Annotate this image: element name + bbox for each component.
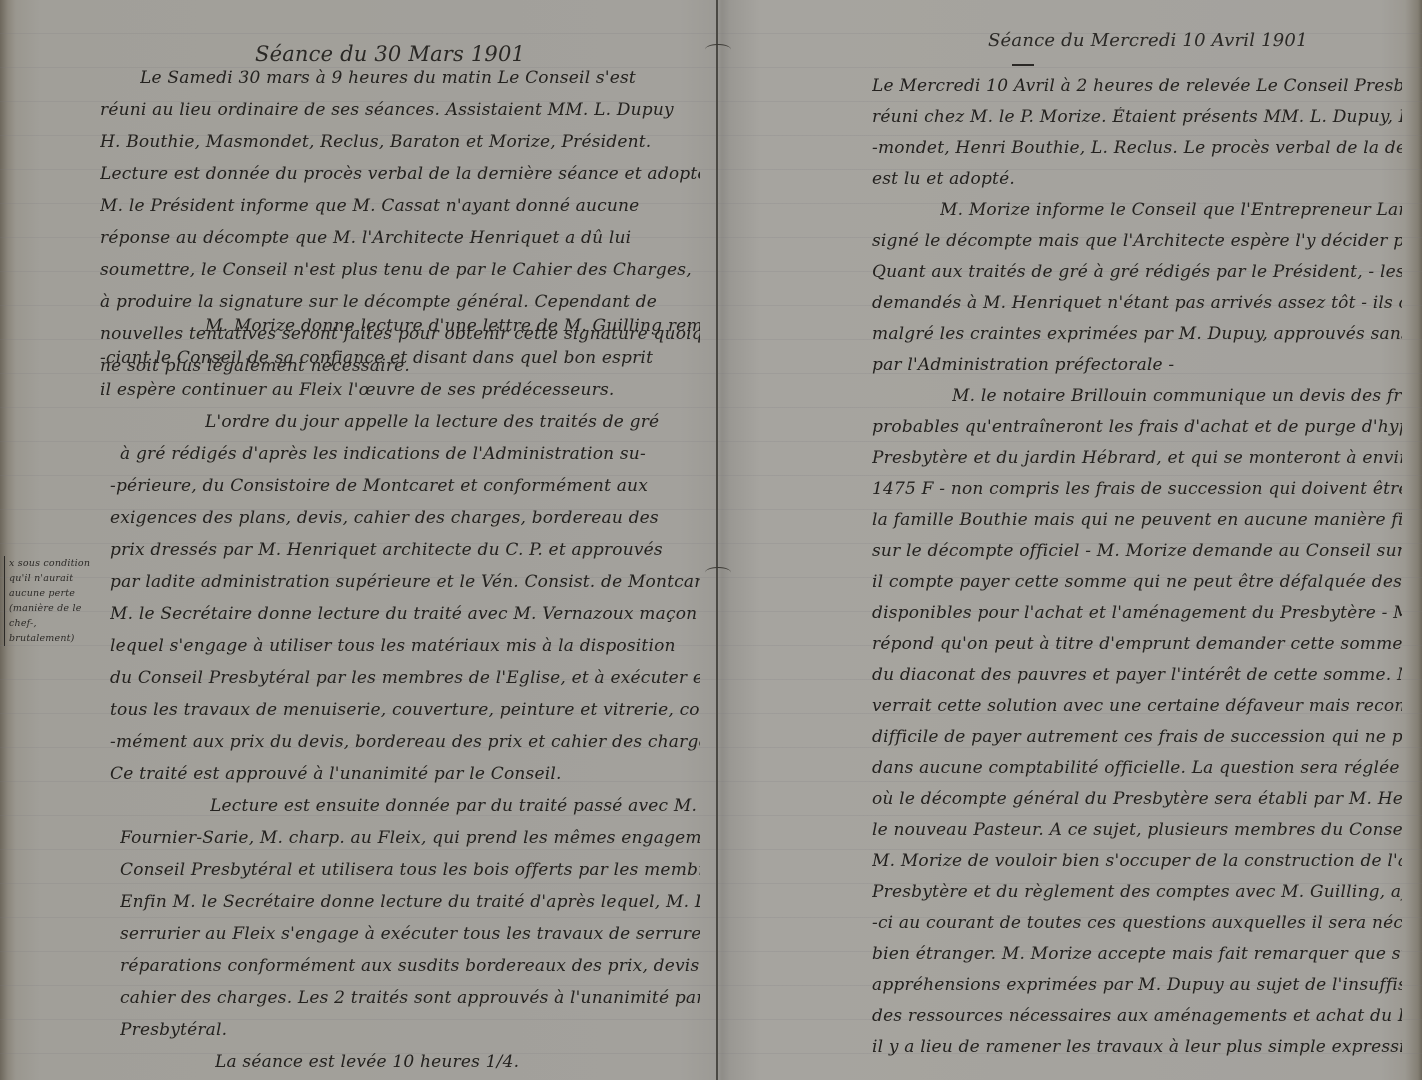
text-line: répond qu'on peut à titre d'emprunt dema… — [872, 634, 1402, 654]
text-line: signé le décompte mais que l'Architecte … — [872, 231, 1402, 251]
session-title: Séance du 30 Mars 1901 — [255, 42, 525, 66]
text-line: -mondet, Henri Bouthie, L. Reclus. Le pr… — [872, 138, 1402, 158]
text-line: difficile de payer autrement ces frais d… — [872, 727, 1402, 747]
text-line: M. le Président informe que M. Cassat n'… — [100, 196, 700, 216]
text-line: il compte payer cette somme qui ne peut … — [872, 572, 1402, 592]
text-line: lequel s'engage à utiliser tous les maté… — [110, 636, 700, 656]
text-line: M. le notaire Brillouin communique un de… — [952, 386, 1402, 406]
text-line: -mément aux prix du devis, bordereau des… — [110, 732, 700, 752]
left-page: Séance du 30 Mars 1901 Le Samedi 30 mars… — [0, 0, 716, 1080]
text-line: du diaconat des pauvres et payer l'intér… — [872, 665, 1402, 685]
text-line: il y a lieu de ramener les travaux à leu… — [872, 1037, 1402, 1057]
text-line: réponse au décompte que M. l'Architecte … — [100, 228, 700, 248]
text-line: demandés à M. Henriquet n'étant pas arri… — [872, 293, 1402, 313]
text-line: La séance est levée 10 heures 1/4. — [215, 1052, 700, 1072]
text-line: Lecture est ensuite donnée par du traité… — [210, 796, 700, 816]
session-title: Séance du Mercredi 10 Avril 1901 — [988, 30, 1308, 51]
text-line: sur le décompte officiel - M. Morize dem… — [872, 541, 1402, 561]
text-line: 1475 F - non compris les frais de succes… — [872, 479, 1402, 499]
text-line: réparations conformément aux susdits bor… — [120, 956, 700, 976]
text-line: disponibles pour l'achat et l'aménagemen… — [872, 603, 1402, 623]
text-line: à produire la signature sur le décompte … — [100, 292, 700, 312]
text-line: par ladite administration supérieure et … — [110, 572, 700, 592]
text-line: Enfin M. le Secrétaire donne lecture du … — [120, 892, 700, 912]
text-line: verrait cette solution avec une certaine… — [872, 696, 1402, 716]
text-line: Fournier-Sarie, M. charp. au Fleix, qui … — [120, 828, 700, 848]
text-line: -ciant le Conseil de sa confiance et dis… — [100, 348, 700, 368]
text-line: par l'Administration préfectorale - — [872, 355, 1402, 375]
text-line: Le Mercredi 10 Avril à 2 heures de relev… — [872, 76, 1402, 96]
text-line: appréhensions exprimées par M. Dupuy au … — [872, 975, 1402, 995]
text-line: -périeure, du Consistoire de Montcaret e… — [110, 476, 700, 496]
text-line: -ci au courant de toutes ces questions a… — [872, 913, 1402, 933]
text-line: M. le Secrétaire donne lecture du traité… — [110, 604, 700, 624]
ledger-spread: Séance du 30 Mars 1901 Le Samedi 30 mars… — [0, 0, 1422, 1080]
text-line: H. Bouthie, Masmondet, Reclus, Baraton e… — [100, 132, 700, 152]
text-line: tous les travaux de menuiserie, couvertu… — [110, 700, 700, 720]
text-line: la famille Bouthie mais qui ne peuvent e… — [872, 510, 1402, 530]
text-line: où le décompte général du Presbytère ser… — [872, 789, 1402, 809]
text-line: serrurier au Fleix s'engage à exécuter t… — [120, 924, 700, 944]
text-line: exigences des plans, devis, cahier des c… — [110, 508, 700, 528]
text-line: M. Morize donne lecture d'une lettre de … — [205, 316, 700, 336]
text-line: réuni chez M. le P. Morize. Étaient prés… — [872, 107, 1402, 127]
text-line: cahier des charges. Les 2 traités sont a… — [120, 988, 700, 1008]
text-line: Presbytère et du jardin Hébrard, et qui … — [872, 448, 1402, 468]
text-line: malgré les craintes exprimées par M. Dup… — [872, 324, 1402, 344]
right-page: Séance du Mercredi 10 Avril 1901 Le Merc… — [720, 0, 1422, 1080]
text-line: Lecture est donnée du procès verbal de l… — [100, 164, 700, 184]
text-line: Presbytéral. — [120, 1020, 700, 1040]
text-line: probables qu'entraîneront les frais d'ac… — [872, 417, 1402, 437]
text-line: à gré rédigés d'après les indications de… — [120, 444, 700, 464]
text-line: le nouveau Pasteur. A ce sujet, plusieur… — [872, 820, 1402, 840]
text-line: soumettre, le Conseil n'est plus tenu de… — [100, 260, 700, 280]
text-line: L'ordre du jour appelle la lecture des t… — [205, 412, 700, 432]
text-line: Presbytère et du règlement des comptes a… — [872, 882, 1402, 902]
text-line: il espère continuer au Fleix l'œuvre de … — [100, 380, 700, 400]
book-gutter — [716, 0, 718, 1080]
text-line: du Conseil Presbytéral par les membres d… — [110, 668, 700, 688]
text-line: Le Samedi 30 mars à 9 heures du matin Le… — [140, 68, 700, 88]
text-line: réuni au lieu ordinaire de ses séances. … — [100, 100, 700, 120]
text-line: M. Morize informe le Conseil que l'Entre… — [940, 200, 1402, 220]
margin-note-bracket: x sous condition qu'il n'aurait aucune p… — [4, 556, 91, 646]
text-line: Ce traité est approuvé à l'unanimité par… — [110, 764, 700, 784]
text-line: bien étranger. M. Morize accepte mais fa… — [872, 944, 1402, 964]
text-line: Conseil Presbytéral et utilisera tous le… — [120, 860, 700, 880]
text-line: dans aucune comptabilité officielle. La … — [872, 758, 1402, 778]
text-line: M. Morize de vouloir bien s'occuper de l… — [872, 851, 1402, 871]
title-underline — [1012, 64, 1034, 66]
text-line: est lu et adopté. — [872, 169, 1402, 189]
text-line: Quant aux traités de gré à gré rédigés p… — [872, 262, 1402, 282]
text-line: des ressources nécessaires aux aménageme… — [872, 1006, 1402, 1026]
text-line: prix dressés par M. Henriquet architecte… — [110, 540, 700, 560]
